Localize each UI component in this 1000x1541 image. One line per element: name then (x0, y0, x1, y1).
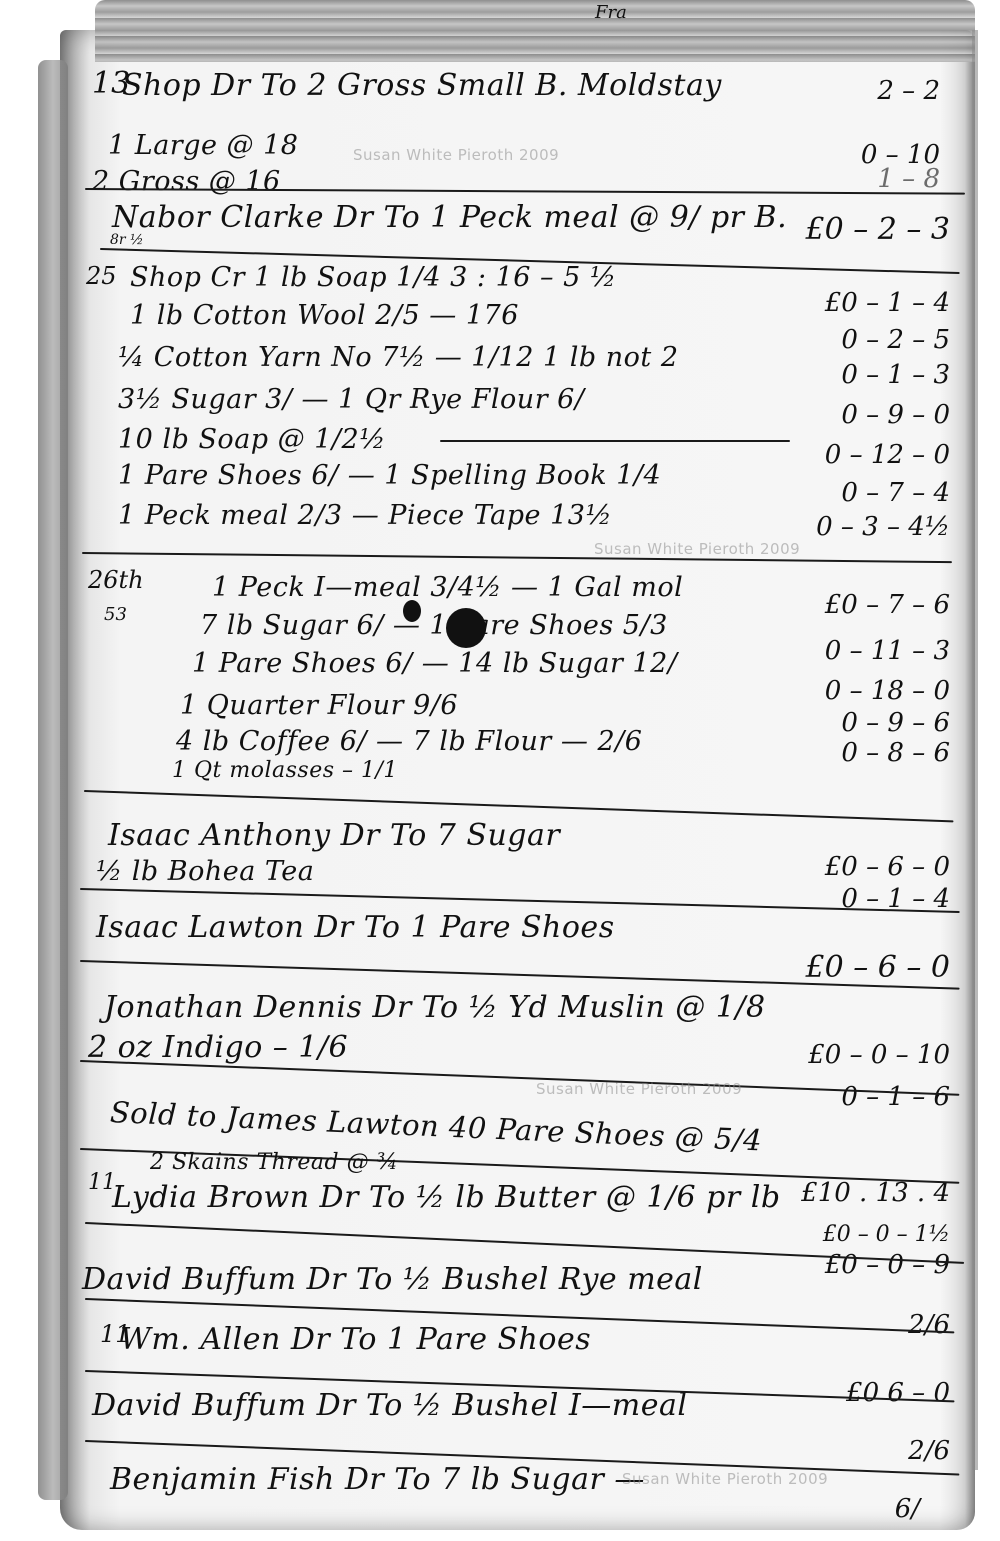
entry-line: Nabor Clarke Dr To 1 Peck meal @ 9/ pr B… (112, 200, 787, 235)
entry-line: ¼ Cotton Yarn No 7½ — 1/12 1 lb not 2 (118, 342, 679, 373)
entry-amount: 0 – 11 – 3 (770, 636, 950, 666)
entry-line: Benjamin Fish Dr To 7 lb Sugar — (110, 1462, 645, 1497)
entry-line: 2 Skains Thread @ ¾ (150, 1150, 398, 1175)
entry-amount: 0 – 2 – 5 (780, 325, 950, 355)
entry-line: 1 Peck I—meal 3/4½ — 1 Gal mol (212, 572, 683, 603)
binding-left-edge (38, 60, 68, 1500)
entry-amount: 0 – 9 – 0 (780, 400, 950, 430)
ink-blot (403, 600, 421, 622)
entry-amount: 0 – 12 – 0 (780, 440, 950, 470)
entry-line: 10 lb Soap @ 1/2½ (118, 424, 386, 455)
entry-amount: £0 6 – 0 (780, 1378, 950, 1408)
entry-line: Jonathan Dennis Dr To ½ Yd Muslin @ 1/8 (104, 990, 766, 1025)
entry-line: 7 lb Sugar 6/ — 1 Pare Shoes 5/3 (200, 610, 668, 641)
entry-line: Shop Dr To 2 Gross Small B. Moldstay (122, 68, 722, 103)
entry-amount: £0 – 6 – 0 (780, 950, 950, 985)
entry-line: 2 Gross @ 16 (92, 166, 281, 197)
entry-line: Isaac Lawton Dr To 1 Pare Shoes (96, 910, 615, 945)
ink-blot (446, 608, 486, 648)
entry-line: 1 Peck meal 2/3 — Piece Tape 13½ (118, 500, 612, 531)
entry-amount: £10 . 13 . 4 (770, 1178, 950, 1208)
entry-line: 1 Qt molasses – 1/1 (172, 758, 398, 783)
entry-amount: £0 – 6 – 0 (780, 852, 950, 882)
entry-line: Wm. Allen Dr To 1 Pare Shoes (120, 1322, 591, 1357)
entry-line: Isaac Anthony Dr To 7 Sugar (108, 818, 560, 853)
entry-amount: £0 – 7 – 6 (770, 590, 950, 620)
margin-note: 8r ½ (110, 232, 144, 248)
entry-line: 1 lb Cotton Wool 2/5 — 176 (130, 300, 519, 331)
entry-amount: 0 – 7 – 4 (780, 478, 950, 508)
entry-line: Shop Cr 1 lb Soap 1/4 3 : 16 – 5 ½ (130, 262, 617, 293)
entry-line: 1 Pare Shoes 6/ — 14 lb Sugar 12/ (192, 648, 677, 679)
entry-line: 3½ Sugar 3/ — 1 Qr Rye Flour 6/ (118, 384, 584, 415)
entry-amount: 0 – 9 – 6 (770, 708, 950, 738)
page-right-edge (972, 30, 978, 1470)
entry-line: 4 lb Coffee 6/ — 7 lb Flour — 2/6 (176, 726, 642, 757)
entry-line: ½ lb Bohea Tea (96, 856, 314, 887)
underline-rule (440, 440, 790, 442)
watermark: Susan White Pieroth 2009 (622, 1470, 828, 1488)
entry-date: 26th (88, 566, 144, 594)
entry-amount: 1 – 8 (830, 164, 940, 194)
page-top-edge (95, 0, 975, 62)
entry-line: 2 oz Indigo – 1/6 (88, 1030, 348, 1065)
watermark: Susan White Pieroth 2009 (594, 540, 800, 558)
entry-amount: 0 – 1 – 6 (770, 1082, 950, 1112)
entry-line: 1 Large @ 18 (108, 130, 298, 161)
entry-amount: 0 – 18 – 0 (770, 676, 950, 706)
entry-amount: £0 – 2 – 3 (790, 212, 950, 247)
entry-amount: £0 – 1 – 4 (780, 288, 950, 318)
entry-line: David Buffum Dr To ½ Bushel Rye meal (82, 1262, 703, 1297)
top-edge-note: Fra (595, 2, 627, 23)
entry-amount: 2/6 (860, 1436, 950, 1466)
entry-line: Lydia Brown Dr To ½ lb Butter @ 1/6 pr l… (112, 1180, 781, 1215)
entry-line: 1 Pare Shoes 6/ — 1 Spelling Book 1/4 (118, 460, 661, 491)
entry-date: 25 (86, 262, 117, 290)
entry-amount: 0 – 3 – 4½ (780, 512, 950, 542)
entry-line: David Buffum Dr To ½ Bushel I—meal (92, 1388, 687, 1423)
watermark: Susan White Pieroth 2009 (353, 146, 559, 164)
entry-amount: £0 – 0 – 1½ (800, 1222, 950, 1247)
entry-amount: 2/6 (860, 1310, 950, 1340)
entry-amount: 0 – 8 – 6 (770, 738, 950, 768)
entry-amount: 2 – 2 (830, 76, 940, 106)
entry-line: 1 Quarter Flour 9/6 (180, 690, 458, 721)
entry-amount: 6/ (840, 1494, 920, 1524)
margin-note: 53 (104, 604, 127, 625)
entry-amount: 0 – 1 – 3 (780, 360, 950, 390)
entry-amount: £0 – 0 – 10 (770, 1040, 950, 1070)
watermark: Susan White Pieroth 2009 (536, 1080, 742, 1098)
